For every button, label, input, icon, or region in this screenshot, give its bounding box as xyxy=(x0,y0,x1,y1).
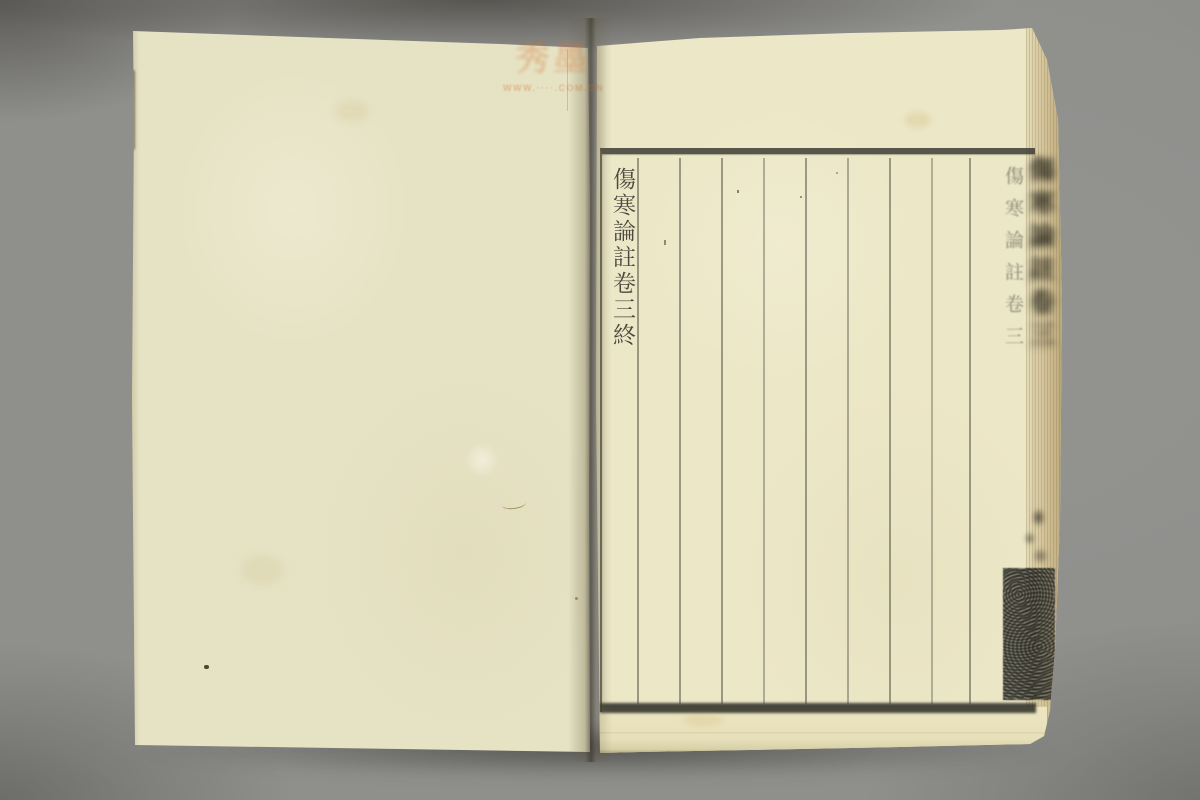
printed-text-frame: 傷寒論註卷三終 傷寒論註卷三 xyxy=(600,148,1035,712)
paper-stain xyxy=(335,100,369,122)
ink-speck xyxy=(737,190,739,193)
watermark-seal-glyphs: 秀墨 xyxy=(503,42,604,76)
paper-stain xyxy=(240,555,284,585)
right-page: 傷寒論註卷三終 傷寒論註卷三 傷寒論註卷三 xyxy=(593,22,1063,762)
column-rule xyxy=(889,158,891,704)
spine-edge-streak xyxy=(131,70,135,150)
ink-speck xyxy=(836,172,838,174)
column-rule xyxy=(931,158,933,704)
column-rule xyxy=(969,158,971,704)
frame-bottom-border xyxy=(600,703,1036,713)
watermark: 秀墨 WWW.····.COM.CN xyxy=(503,42,604,93)
paper-stain xyxy=(905,112,931,128)
gutter-shadow xyxy=(568,18,612,762)
ink-speck xyxy=(664,240,666,245)
column-rule xyxy=(763,158,765,704)
column-rule xyxy=(847,158,849,704)
fore-edge-dark-band xyxy=(1003,568,1055,700)
fore-edge-ink-smudge xyxy=(1017,500,1053,570)
watermark-url-text: WWW.····.COM.CN xyxy=(503,83,604,93)
column-rule xyxy=(679,158,681,704)
ink-speck xyxy=(204,665,209,669)
fiber-mark xyxy=(501,497,526,510)
left-page xyxy=(130,25,595,760)
ink-speck xyxy=(800,196,802,198)
paper-light-spot xyxy=(465,440,499,480)
fore-edge-ink-smudge-text: 傷寒論註卷三 xyxy=(1021,155,1057,353)
paper-stain xyxy=(683,714,723,726)
column-rule xyxy=(721,158,723,704)
column-rule xyxy=(805,158,807,704)
